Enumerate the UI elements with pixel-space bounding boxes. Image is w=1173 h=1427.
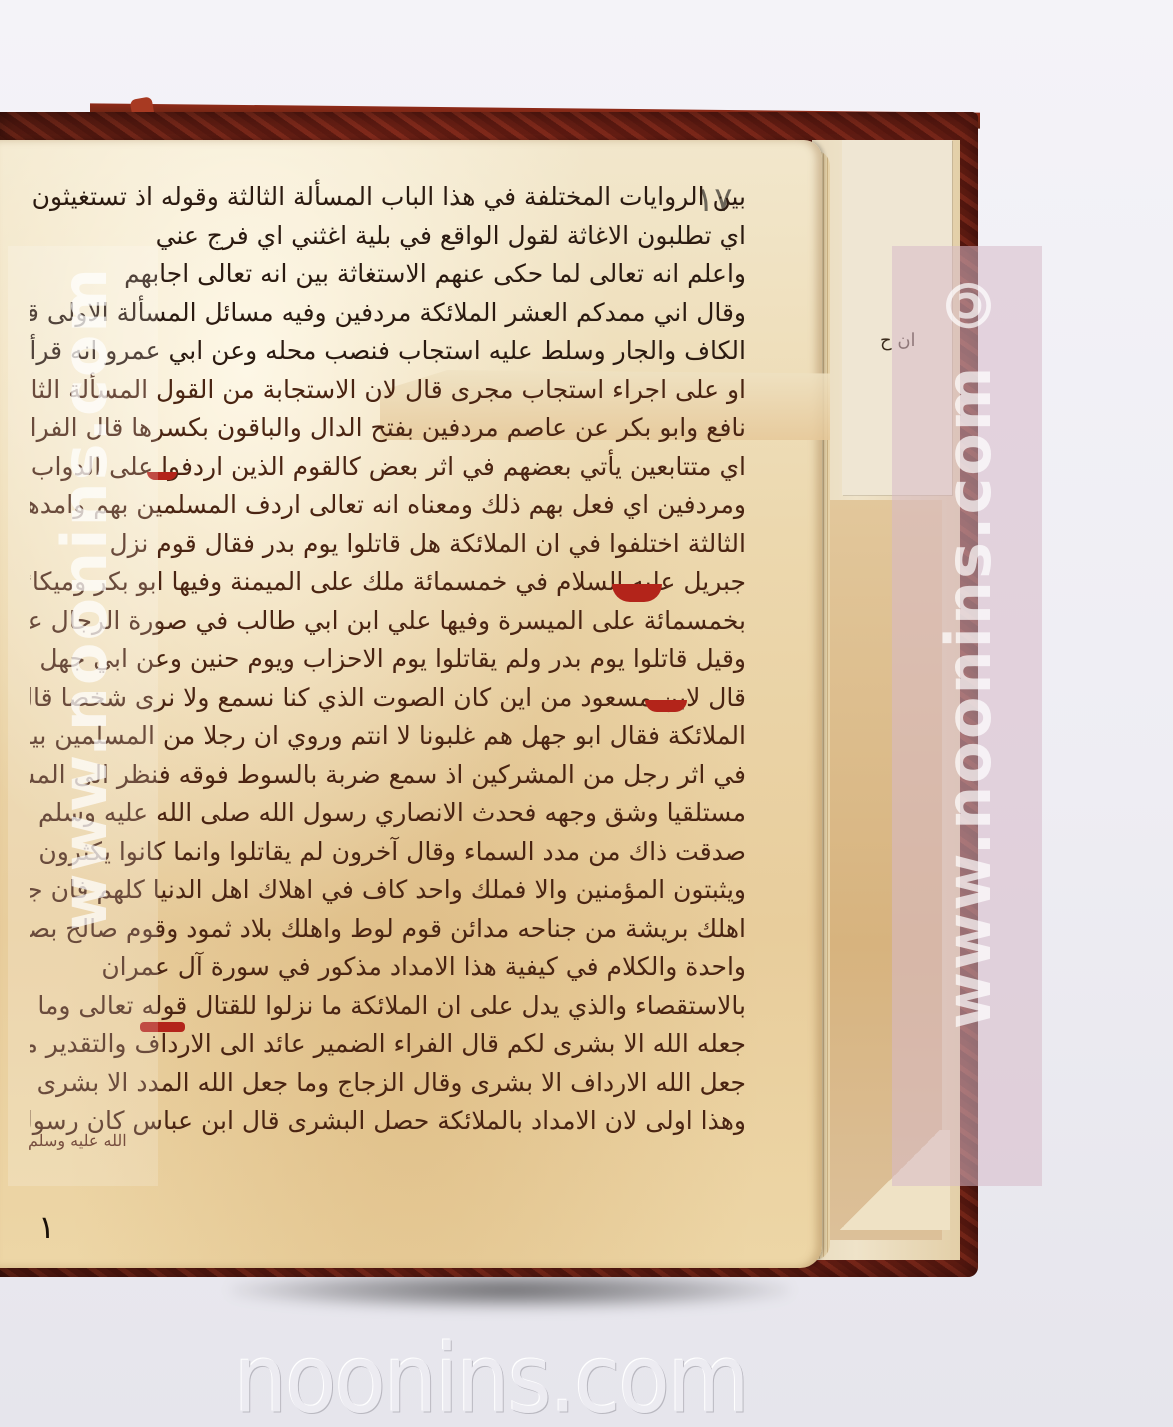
watermark-text-right: www.noonins.com © bbox=[932, 266, 1005, 1029]
text-line: بين الروايات المختلفة في هذا الباب المسأ… bbox=[30, 178, 746, 217]
page-marker: ١ bbox=[38, 1208, 55, 1246]
watermark-strip-left: www.noonins.com bbox=[8, 246, 158, 1186]
watermark-bottom: noonins.com bbox=[234, 1324, 748, 1427]
watermark-text-left: www.noonins.com bbox=[48, 266, 121, 931]
red-rubric-mark bbox=[645, 700, 687, 712]
watermark-strip-right: www.noonins.com © bbox=[892, 246, 1042, 1186]
